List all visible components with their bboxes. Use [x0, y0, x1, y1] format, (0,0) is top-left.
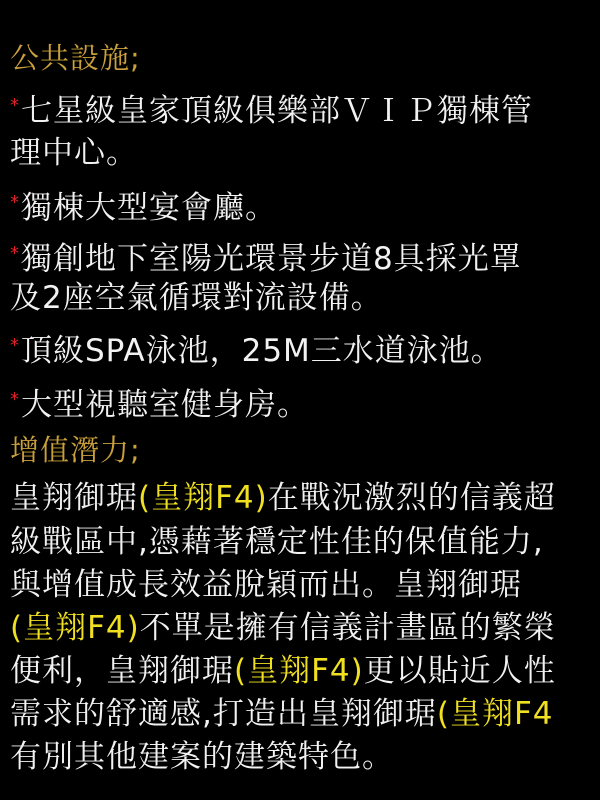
text-segment: 有別其他建案的建築特色。	[10, 739, 394, 775]
highlight-project-name: (皇翔F4)	[10, 610, 140, 646]
text-segment: 需求的舒適感,打造出皇翔御琚	[10, 696, 437, 732]
list-item-continuation: 及2座空氣循環對流設備。	[10, 278, 383, 318]
bullet-asterisk-icon: *	[10, 243, 20, 264]
list-item-text: 頂級SPA泳池，25M三水道泳池。	[21, 333, 503, 369]
highlight-project-name: (皇翔F4)	[138, 480, 268, 516]
highlight-project-name: (皇翔F4)	[234, 653, 364, 689]
text-segment: 不單是擁有信義計畫區的繁榮	[140, 610, 556, 646]
paragraph-line: 便利，皇翔御琚(皇翔F4)更以貼近人性	[10, 651, 556, 691]
list-item-text: 大型視聽室健身房。	[21, 387, 309, 423]
section-heading-appreciation-potential: 增值潛力;	[10, 430, 141, 470]
list-item-continuation: 理中心。	[10, 133, 138, 173]
bullet-asterisk-icon: *	[10, 389, 20, 410]
list-item: *大型視聽室健身房。	[10, 380, 309, 425]
list-item: *七星級皇家頂級俱樂部ＶＩＰ獨棟管	[10, 86, 533, 131]
paragraph-line: (皇翔F4)不單是擁有信義計畫區的繁榮	[10, 608, 556, 648]
highlight-project-name: (皇翔F4	[437, 696, 554, 732]
list-item: *獨棟大型宴會廳。	[10, 183, 277, 228]
paragraph-line: 皇翔御琚(皇翔F4)在戰況激烈的信義超	[10, 478, 556, 518]
text-segment: 更以貼近人性	[364, 653, 556, 689]
list-item-text: 獨棟大型宴會廳。	[21, 190, 277, 226]
bullet-asterisk-icon: *	[10, 192, 20, 213]
list-item-text: 七星級皇家頂級俱樂部ＶＩＰ獨棟管	[21, 93, 533, 129]
bullet-asterisk-icon: *	[10, 335, 20, 356]
text-segment: 與增值成長效益脫穎而出。皇翔御琚	[10, 567, 522, 603]
slide: 公共設施; *七星級皇家頂級俱樂部ＶＩＰ獨棟管 理中心。 *獨棟大型宴會廳。 *…	[0, 0, 600, 800]
text-segment: 在戰況激烈的信義超	[268, 480, 556, 516]
paragraph-line: 與增值成長效益脫穎而出。皇翔御琚	[10, 565, 522, 605]
list-item: *頂級SPA泳池，25M三水道泳池。	[10, 326, 503, 371]
text-segment: 級戰區中,憑藉著穩定性佳的保值能力,	[10, 524, 544, 560]
section-heading-public-facilities: 公共設施;	[10, 38, 141, 78]
list-item: *獨創地下室陽光環景步道8具採光罩	[10, 234, 522, 279]
text-segment: 皇翔御琚	[10, 480, 138, 516]
paragraph-line: 需求的舒適感,打造出皇翔御琚(皇翔F4	[10, 694, 554, 734]
paragraph-line: 級戰區中,憑藉著穩定性佳的保值能力,	[10, 522, 544, 562]
bullet-asterisk-icon: *	[10, 95, 20, 116]
list-item-text: 獨創地下室陽光環景步道8具採光罩	[21, 241, 522, 277]
paragraph-line: 有別其他建案的建築特色。	[10, 737, 394, 777]
text-segment: 便利，皇翔御琚	[10, 653, 234, 689]
